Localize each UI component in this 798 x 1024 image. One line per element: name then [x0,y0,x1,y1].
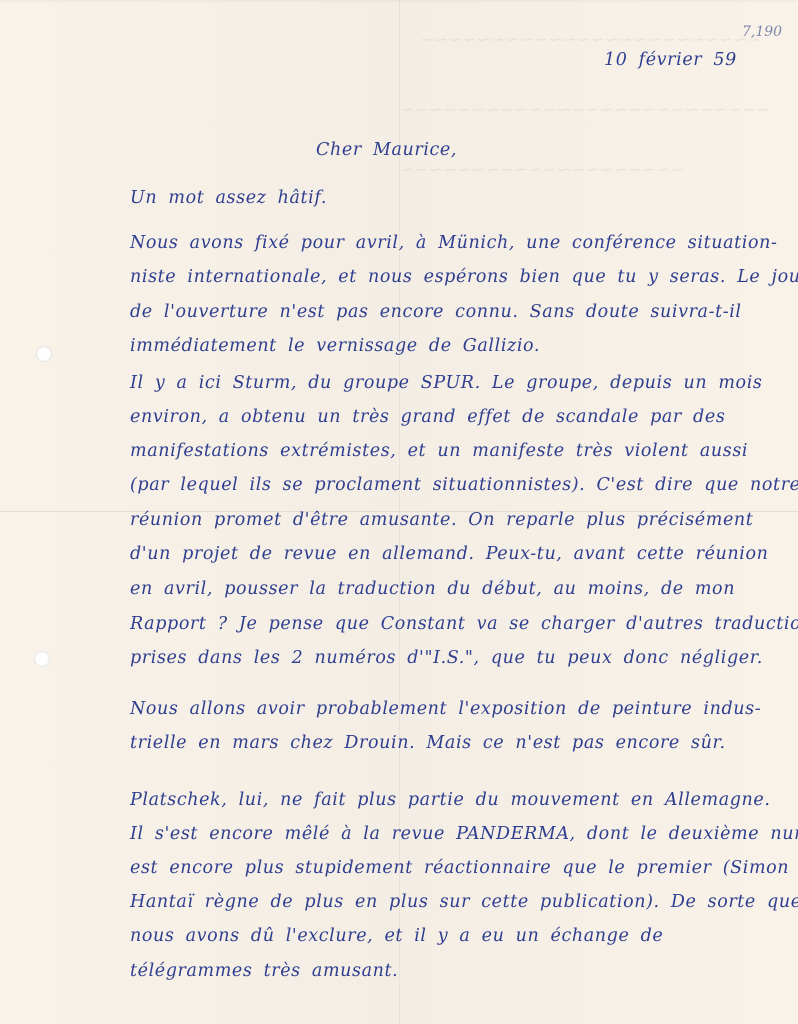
body-line: Nous allons avoir probablement l'exposit… [130,699,761,719]
body-line: immédiatement le vernissage de Gallizio. [130,336,540,356]
archive-number: 7,190 [742,24,782,40]
body-line: télégrammes très amusant. [130,961,398,981]
punch-hole-bottom [34,651,50,667]
punch-hole-top [36,346,52,362]
body-line: en avril, pousser la traduction du début… [130,579,735,599]
body-line: niste internationale, et nous espérons b… [130,267,798,287]
body-line: environ, a obtenu un très grand effet de… [130,407,725,427]
bleed-through-text: ~~~~~~~~~~~~~~~~~~~~~~~~ [420,30,762,50]
body-line: Un mot assez hâtif. [130,188,327,208]
bleed-through-text: ~~~~~~~~~~~~~~~~~~~~~~~~~~ [400,100,770,120]
body-line: Rapport ? Je pense que Constant va se ch… [130,614,798,634]
body-line: (par lequel ils se proclament situationn… [130,475,798,495]
body-line: réunion promet d'être amusante. On repar… [130,510,753,530]
body-line: Il y a ici Sturm, du groupe SPUR. Le gro… [130,373,762,393]
bleed-through-text: ~~~~~~~~~~~~~~~~~~~~ [400,160,685,180]
body-line: d'un projet de revue en allemand. Peux-t… [130,544,768,564]
body-line: est encore plus stupidement réactionnair… [130,858,789,878]
body-line: Il s'est encore mêlé à la revue PANDERMA… [130,824,798,844]
salutation: Cher Maurice, [316,140,457,160]
letter-date: 10 février 59 [604,50,737,70]
body-line: de l'ouverture n'est pas encore connu. S… [130,302,742,322]
body-line: manifestations extrémistes, et un manife… [130,441,748,461]
body-line: trielle en mars chez Drouin. Mais ce n'e… [130,733,726,753]
body-line: Nous avons fixé pour avril, à Münich, un… [130,233,777,253]
body-line: Hantaï règne de plus en plus sur cette p… [130,892,798,912]
body-line: prises dans les 2 numéros d'"I.S.", que … [130,648,763,668]
body-line: nous avons dû l'exclure, et il y a eu un… [130,926,663,946]
body-line: Platschek, lui, ne fait plus partie du m… [130,790,771,810]
